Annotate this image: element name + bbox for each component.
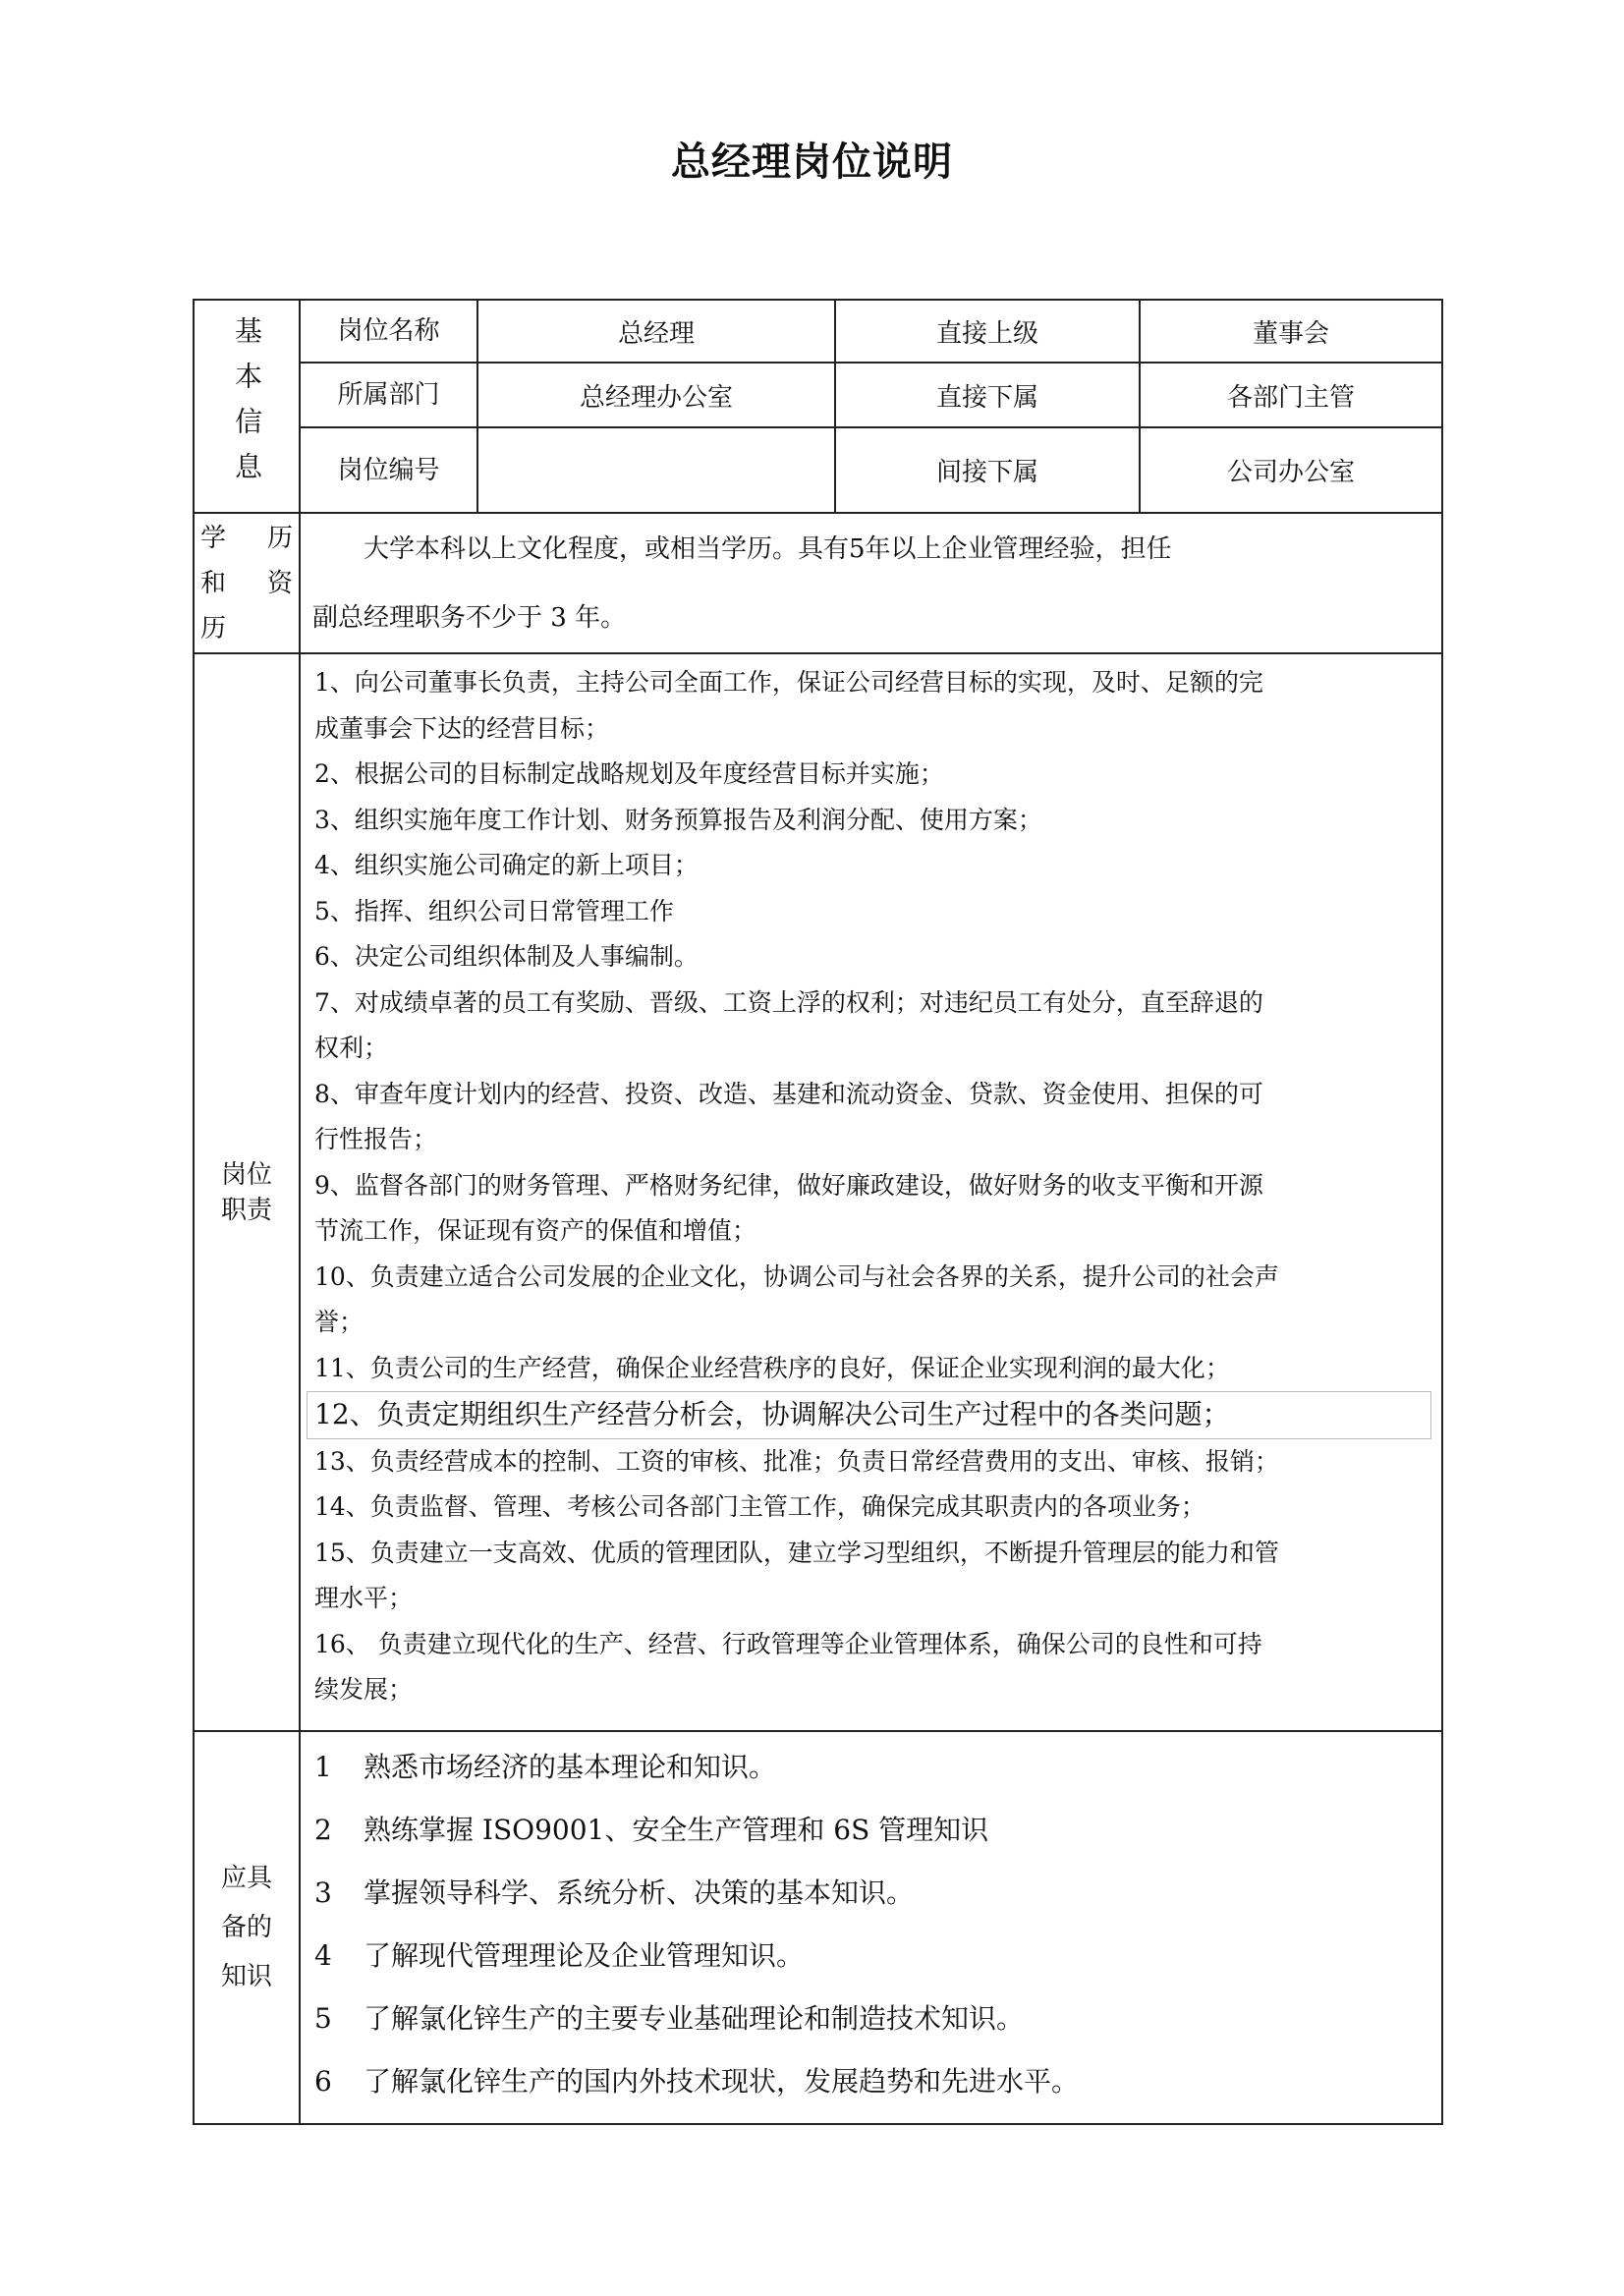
direct-subordinate-value: 各部门主管 bbox=[1140, 363, 1442, 427]
knowledge-label-3: 知识 bbox=[195, 1952, 299, 2001]
position-name-value: 总经理 bbox=[477, 300, 835, 363]
job-description-table: 基本信息 岗位名称 总经理 直接上级 董事会 所属部门 总经理办公室 直接下属 … bbox=[193, 299, 1443, 2125]
department-value: 总经理办公室 bbox=[477, 363, 835, 427]
duty-line: 2、根据公司的目标制定战略规划及年度经营目标并实施； bbox=[314, 752, 1431, 798]
duty-line: 4、组织实施公司确定的新上项目； bbox=[314, 843, 1431, 889]
duty-line-highlighted: 12、负责定期组织生产经营分析会，协调解决公司生产过程中的各类问题； bbox=[307, 1391, 1431, 1439]
basic-info-row-1: 基本信息 岗位名称 总经理 直接上级 董事会 bbox=[194, 300, 1442, 363]
knowledge-item-text: 了解现代管理理论及企业管理知识。 bbox=[364, 1939, 804, 1972]
duties-row: 岗位 职责 1、向公司董事长负责，主持公司全面工作，保证公司经营目标的实现，及时… bbox=[194, 653, 1442, 1731]
knowledge-item-number: 6 bbox=[314, 2050, 364, 2113]
knowledge-item: 2熟练掌握 ISO9001、安全生产管理和 6S 管理知识 bbox=[314, 1799, 1429, 1862]
document-title: 总经理岗位说明 bbox=[0, 131, 1624, 187]
duty-line: 权利； bbox=[314, 1026, 1431, 1072]
duty-line: 6、决定公司组织体制及人事编制。 bbox=[314, 934, 1431, 980]
knowledge-item-text: 掌握领导科学、系统分析、决策的基本知识。 bbox=[364, 1876, 914, 1909]
basic-info-label: 基本信息 bbox=[227, 316, 266, 497]
duty-line: 誉； bbox=[314, 1300, 1431, 1346]
duty-line: 9、监督各部门的财务管理、严格财务纪律，做好廉政建设，做好财务的收支平衡和开源 bbox=[314, 1163, 1431, 1209]
duty-line: 成董事会下达的经营目标； bbox=[314, 706, 1431, 753]
duty-line: 10、负责建立适合公司发展的企业文化，协调公司与社会各界的关系，提升公司的社会声 bbox=[314, 1255, 1431, 1301]
education-line-1: 大学本科以上文化程度，或相当学历。具有5年以上企业管理经验，担任 bbox=[312, 515, 1429, 584]
knowledge-item-number: 2 bbox=[314, 1799, 364, 1862]
duty-line: 15、负责建立一支高效、优质的管理团队，建立学习型组织，不断提升管理层的能力和管 bbox=[314, 1531, 1431, 1577]
position-code-label: 岗位编号 bbox=[300, 427, 477, 513]
direct-superior-value: 董事会 bbox=[1140, 300, 1442, 363]
position-name-label: 岗位名称 bbox=[300, 300, 477, 363]
knowledge-item: 5了解氯化锌生产的主要专业基础理论和制造技术知识。 bbox=[314, 1988, 1429, 2050]
knowledge-item-text: 了解氯化锌生产的国内外技术现状，发展趋势和先进水平。 bbox=[364, 2065, 1079, 2098]
knowledge-list: 1熟悉市场经济的基本理论和知识。 2熟练掌握 ISO9001、安全生产管理和 6… bbox=[300, 1731, 1442, 2124]
knowledge-item: 3掌握领导科学、系统分析、决策的基本知识。 bbox=[314, 1862, 1429, 1925]
duty-line: 7、对成绩卓著的员工有奖励、晋级、工资上浮的权利；对违纪员工有处分，直至辞退的 bbox=[314, 980, 1431, 1027]
knowledge-item-number: 5 bbox=[314, 1988, 364, 2050]
knowledge-item: 4了解现代管理理论及企业管理知识。 bbox=[314, 1925, 1429, 1988]
indirect-subordinate-value: 公司办公室 bbox=[1140, 427, 1442, 513]
duties-label-2: 职责 bbox=[195, 1193, 299, 1228]
education-text: 大学本科以上文化程度，或相当学历。具有5年以上企业管理经验，担任 副总经理职务不… bbox=[300, 513, 1442, 653]
duty-line: 8、审查年度计划内的经营、投资、改造、基建和流动资金、贷款、资金使用、担保的可 bbox=[314, 1072, 1431, 1118]
knowledge-item-text: 了解氯化锌生产的主要专业基础理论和制造技术知识。 bbox=[364, 2002, 1024, 2035]
education-row: 学 历 和 资 历 大学本科以上文化程度，或相当学历。具有5年以上企业管理经验，… bbox=[194, 513, 1442, 653]
knowledge-label-1: 应具 bbox=[195, 1854, 299, 1903]
basic-info-row-3: 岗位编号 间接下属 公司办公室 bbox=[194, 427, 1442, 513]
direct-superior-label: 直接上级 bbox=[835, 300, 1140, 363]
knowledge-label-cell: 应具 备的 知识 bbox=[194, 1731, 300, 2124]
duty-line: 1、向公司董事长负责，主持公司全面工作，保证公司经营目标的实现，及时、足额的完 bbox=[314, 660, 1431, 706]
duty-line: 理水平； bbox=[314, 1576, 1431, 1622]
duty-line: 续发展； bbox=[314, 1667, 1431, 1713]
duty-line: 16、 负责建立现代化的生产、经营、行政管理等企业管理体系，确保公司的良性和可持 bbox=[314, 1622, 1431, 1668]
knowledge-item-text: 熟练掌握 ISO9001、安全生产管理和 6S 管理知识 bbox=[364, 1814, 988, 1846]
duty-line: 3、组织实施年度工作计划、财务预算报告及利润分配、使用方案； bbox=[314, 798, 1431, 844]
duty-line: 节流工作，保证现有资产的保值和增值； bbox=[314, 1208, 1431, 1255]
knowledge-item: 1熟悉市场经济的基本理论和知识。 bbox=[314, 1736, 1429, 1799]
knowledge-item-number: 4 bbox=[314, 1925, 364, 1988]
duties-label-cell: 岗位 职责 bbox=[194, 653, 300, 1731]
knowledge-row: 应具 备的 知识 1熟悉市场经济的基本理论和知识。 2熟练掌握 ISO9001、… bbox=[194, 1731, 1442, 2124]
position-code-value bbox=[477, 427, 835, 513]
duty-line: 行性报告； bbox=[314, 1117, 1431, 1163]
direct-subordinate-label: 直接下属 bbox=[835, 363, 1140, 427]
knowledge-item: 6了解氯化锌生产的国内外技术现状，发展趋势和先进水平。 bbox=[314, 2050, 1429, 2113]
indirect-subordinate-label: 间接下属 bbox=[835, 427, 1140, 513]
duty-line: 5、指挥、组织公司日常管理工作 bbox=[314, 889, 1431, 935]
knowledge-label-2: 备的 bbox=[195, 1903, 299, 1952]
basic-info-label-cell: 基本信息 bbox=[194, 300, 300, 513]
duty-line: 11、负责公司的生产经营，确保企业经营秩序的良好，保证企业实现利润的最大化； bbox=[314, 1346, 1431, 1392]
duty-line: 13、负责经营成本的控制、工资的审核、批准；负责日常经营费用的支出、审核、报销； bbox=[314, 1439, 1431, 1485]
knowledge-item-text: 熟悉市场经济的基本理论和知识。 bbox=[364, 1751, 776, 1783]
knowledge-item-number: 1 bbox=[314, 1736, 364, 1799]
duty-line: 14、负责监督、管理、考核公司各部门主管工作，确保完成其职责内的各项业务； bbox=[314, 1484, 1431, 1531]
education-line-2: 副总经理职务不少于 3 年。 bbox=[312, 584, 1429, 652]
department-label: 所属部门 bbox=[300, 363, 477, 427]
duties-list: 1、向公司董事长负责，主持公司全面工作，保证公司经营目标的实现，及时、足额的完 … bbox=[300, 653, 1442, 1731]
duties-label-1: 岗位 bbox=[195, 1157, 299, 1193]
knowledge-item-number: 3 bbox=[314, 1862, 364, 1925]
basic-info-row-2: 所属部门 总经理办公室 直接下属 各部门主管 bbox=[194, 363, 1442, 427]
education-label: 学 历 和 资 历 bbox=[194, 513, 300, 653]
